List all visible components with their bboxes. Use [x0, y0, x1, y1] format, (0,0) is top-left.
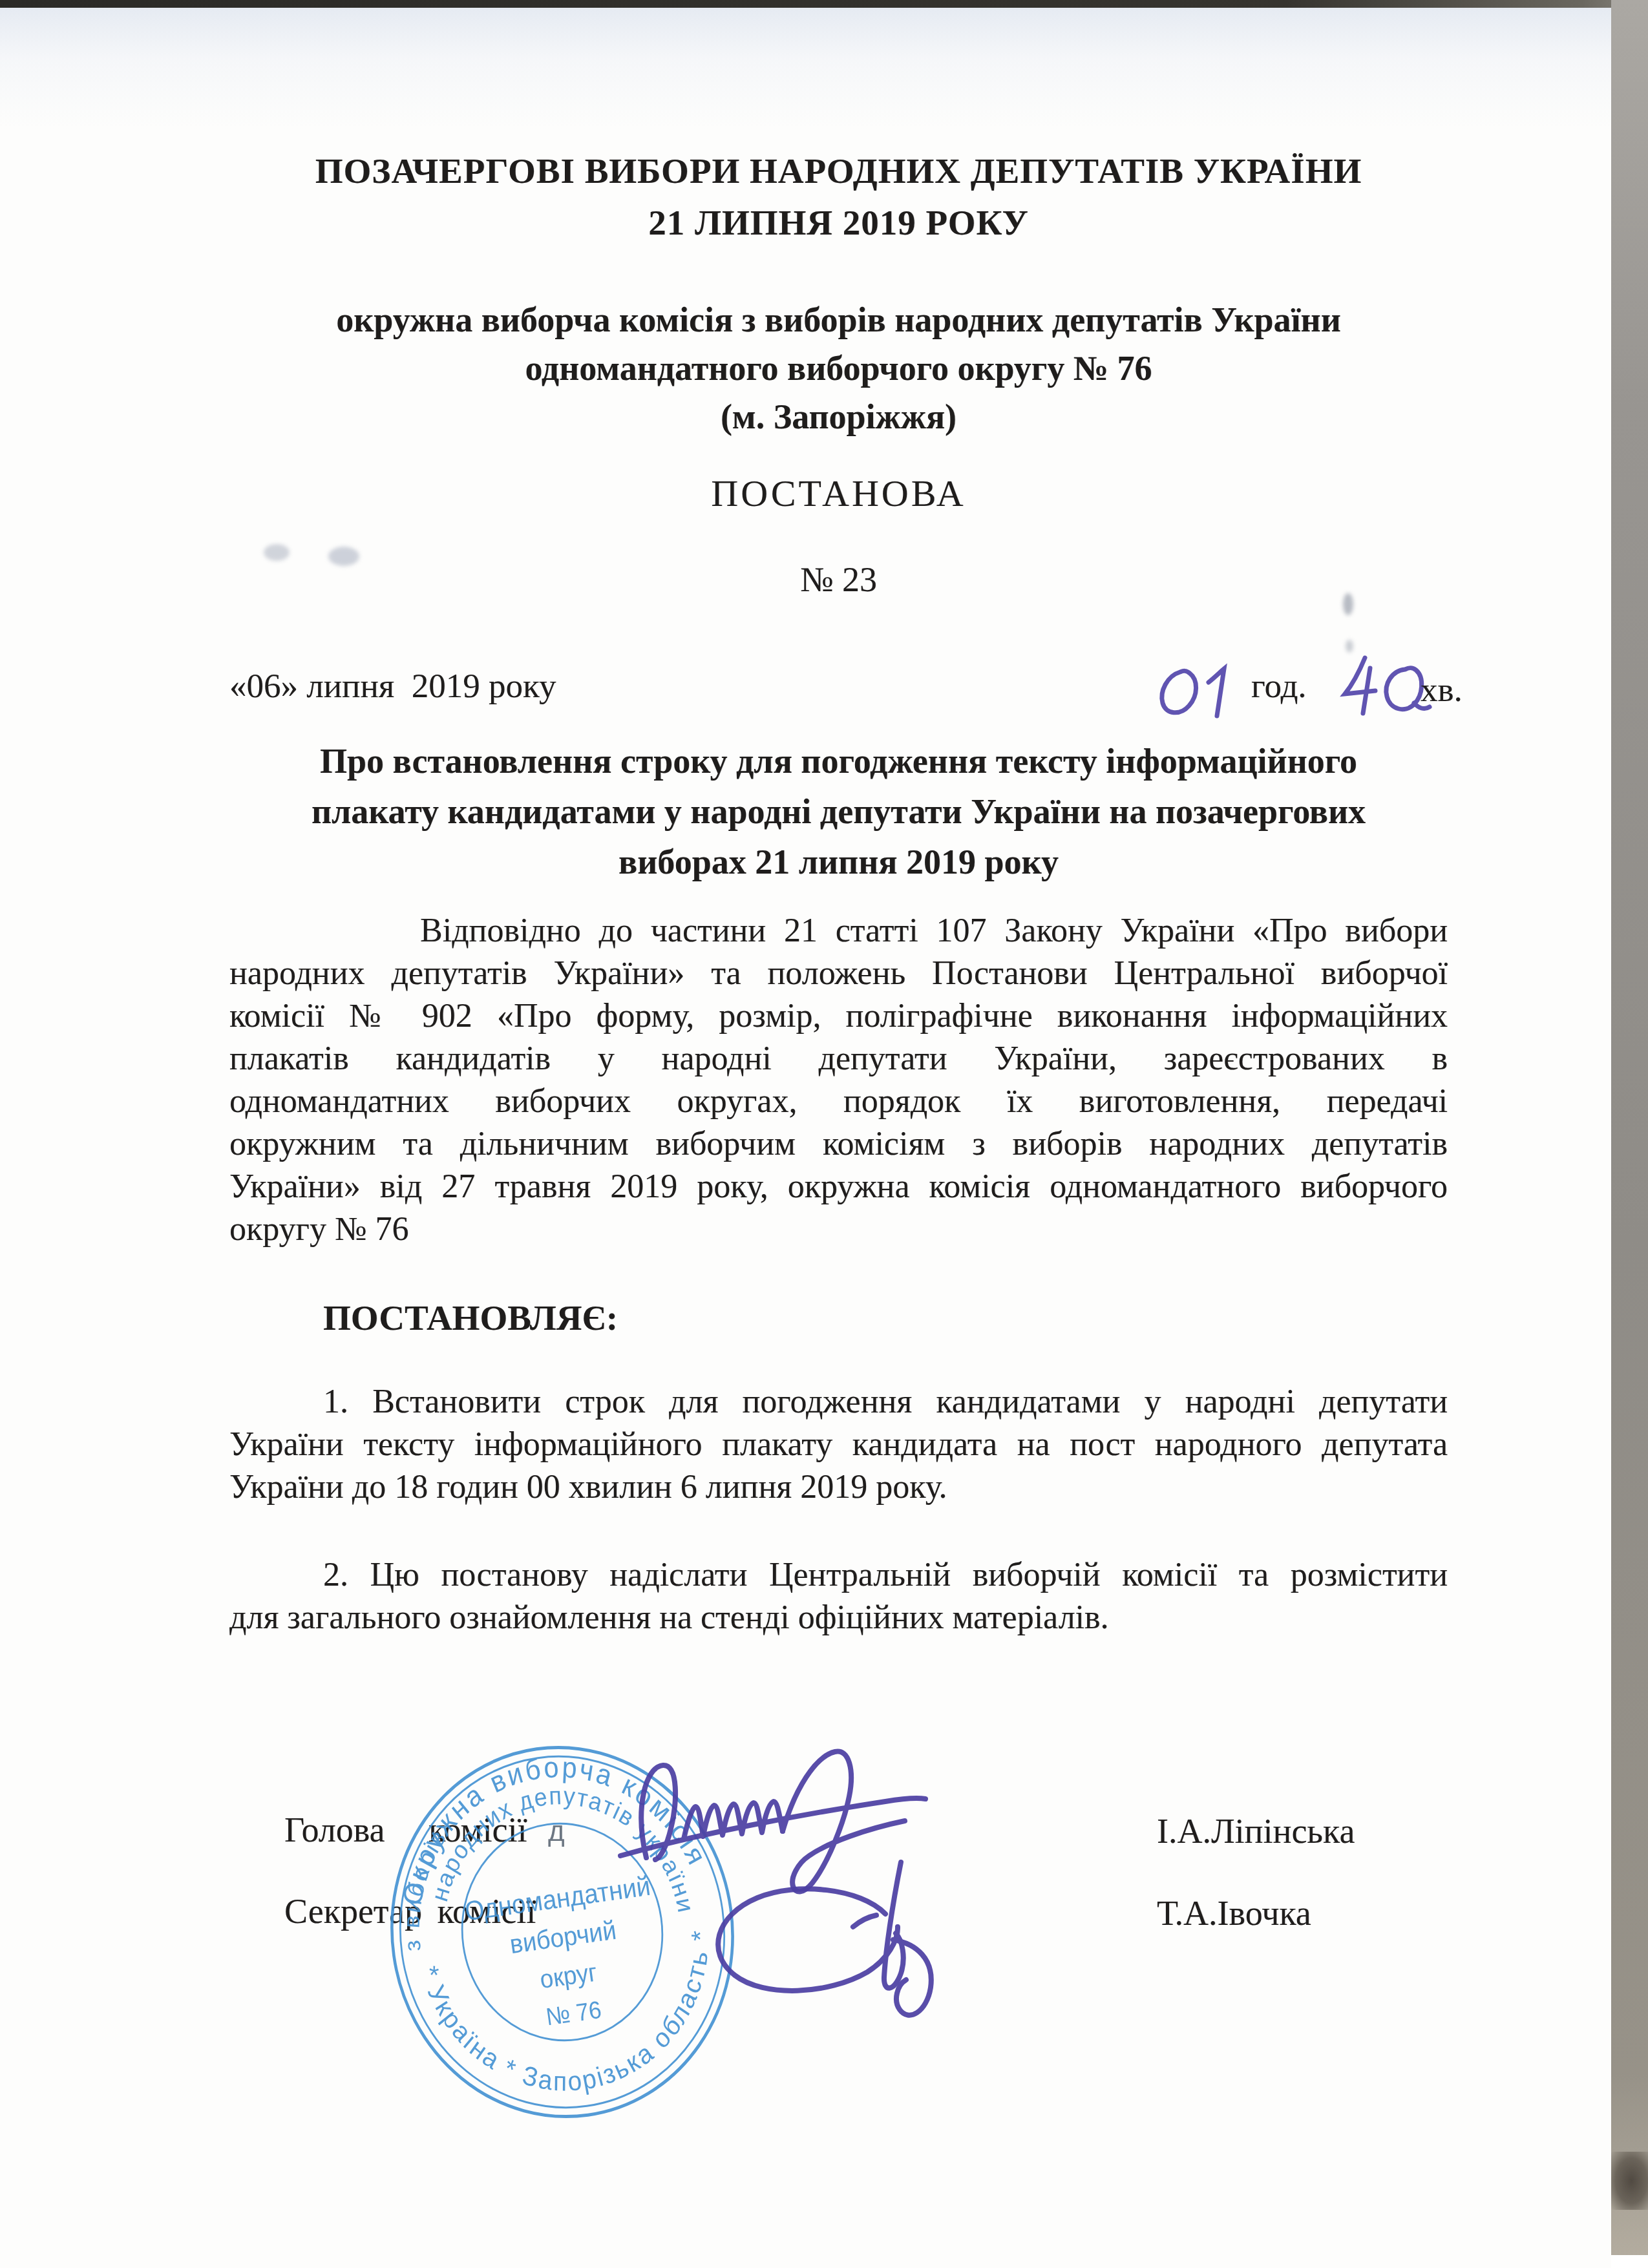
body-paragraph: Відповідно до частини 21 статті 107 Зако… — [229, 910, 1448, 1251]
time-fields: год. хв. — [1154, 650, 1516, 721]
handwritten-hour-ink — [1154, 659, 1236, 719]
item1-line: 1. Встановити строк для погодження канди… — [229, 1381, 1448, 1423]
body-line: одномандатних виборчих округах, порядок … — [229, 1080, 1448, 1123]
item1-line: України до 18 годин 00 хвилин 6 липня 20… — [229, 1466, 1448, 1509]
document-page: ПОЗАЧЕРГОВІ ВИБОРИ НАРОДНИХ ДЕПУТАТІВ УК… — [0, 0, 1648, 2268]
resolves-label: ПОСТАНОВЛЯЄ: — [323, 1297, 618, 1338]
body-line: України» від 27 травня 2019 року, окружн… — [229, 1166, 1448, 1208]
election-title: ПОЗАЧЕРГОВІ ВИБОРИ НАРОДНИХ ДЕПУТАТІВ УК… — [229, 145, 1448, 249]
body-line: плакатів кандидатів у народні депутати У… — [229, 1038, 1448, 1080]
minute-label: хв. — [1421, 671, 1463, 709]
subject-heading: Про встановлення строку для погодження т… — [229, 736, 1448, 887]
secretary-signature-ink — [582, 1712, 1021, 2061]
secretary-name: Т.А.Івочка — [1157, 1893, 1311, 1933]
doc-number: № 23 — [229, 560, 1448, 600]
resolution-item-2: 2. Цю постанову надіслати Центральній ви… — [229, 1554, 1448, 1639]
title-line-2: 21 ЛИПНЯ 2019 РОКУ — [229, 197, 1448, 249]
scan-smudge — [264, 544, 290, 561]
subject-line-1: Про встановлення строку для погодження т… — [229, 736, 1448, 786]
subject-line-2: плакату кандидатами у народні депутати У… — [229, 786, 1448, 837]
item2-line: 2. Цю постанову надіслати Центральній ви… — [229, 1554, 1448, 1597]
scanner-top-edge — [0, 0, 1648, 8]
doc-type: ПОСТАНОВА — [229, 472, 1448, 515]
hour-label: год. — [1251, 667, 1307, 706]
org-line-3: (м. Запоріжжя) — [229, 393, 1448, 441]
scan-smudge — [1346, 640, 1353, 653]
scan-smudge — [1343, 593, 1353, 615]
date-text: «06» липня 2019 року — [229, 667, 556, 706]
org-line-2: одномандатного виборчого округу № 76 — [229, 344, 1448, 393]
body-line: округу № 76 — [229, 1208, 1448, 1251]
item1-line: України тексту інформаційного плакату ка… — [229, 1423, 1448, 1466]
scan-smudge — [328, 547, 359, 566]
chair-name: І.А.Ліпінська — [1157, 1811, 1355, 1851]
resolution-item-1: 1. Встановити строк для погодження канди… — [229, 1381, 1448, 1509]
title-line-1: ПОЗАЧЕРГОВІ ВИБОРИ НАРОДНИХ ДЕПУТАТІВ УК… — [229, 145, 1448, 197]
handwritten-minute-ink — [1336, 650, 1433, 717]
scanner-band-blotch — [1611, 2152, 1648, 2210]
body-line: народних депутатів України» та положень … — [229, 952, 1448, 995]
org-line-1: окружна виборча комісія з виборів народн… — [229, 296, 1448, 344]
body-line: комісії № 902 «Про форму, розмір, полігр… — [229, 995, 1448, 1038]
commission-name: окружна виборча комісія з виборів народн… — [229, 296, 1448, 441]
scanner-right-band — [1611, 0, 1648, 2255]
body-line: окружним та дільничним виборчим комісіям… — [229, 1123, 1448, 1166]
scanner-band-gap — [1611, 2255, 1648, 2268]
body-line: Відповідно до частини 21 статті 107 Зако… — [229, 910, 1448, 952]
subject-line-3: виборах 21 липня 2019 року — [229, 837, 1448, 887]
item2-line: для загального ознайомлення на стенді оф… — [229, 1597, 1448, 1639]
